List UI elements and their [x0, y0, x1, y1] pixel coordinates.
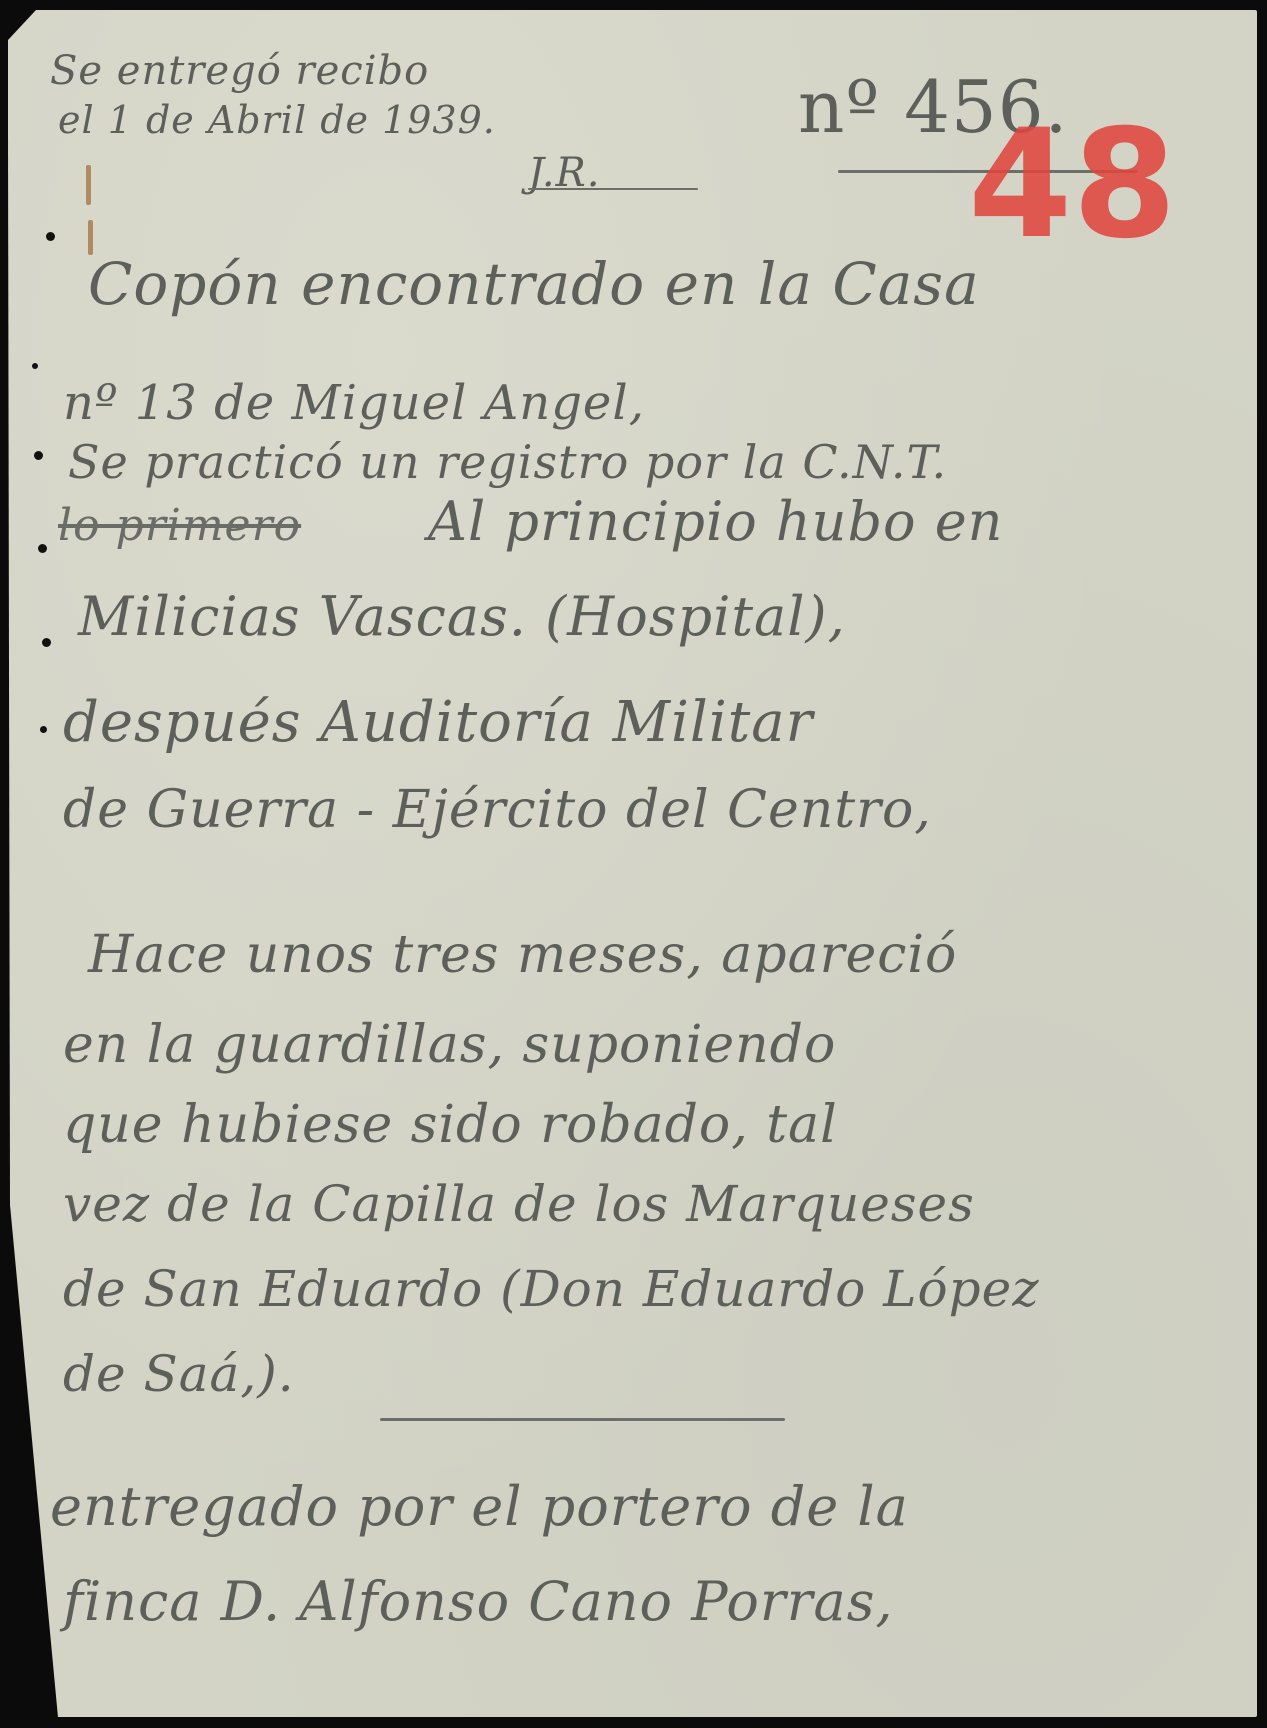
punch-hole [46, 232, 55, 241]
body-line-11: vez de la Capilla de los Marqueses [63, 1175, 975, 1233]
body-line-2: nº 13 de Miguel Angel, [63, 375, 645, 431]
body-line-3: Se practicó un registro por la C.N.T. [68, 435, 947, 489]
body-line-7: de Guerra - Ejército del Centro, [63, 780, 932, 840]
body-line-10: que hubiese sido robado, tal [63, 1095, 838, 1155]
punch-hole [38, 544, 47, 553]
section-divider [380, 1418, 785, 1421]
footer-line-2: finca D. Alfonso Cano Porras, [63, 1570, 894, 1633]
rust-stain [86, 165, 91, 205]
receipt-note-line2: el 1 de Abril de 1939. [58, 98, 496, 142]
struck-text: lo primero [58, 500, 301, 551]
body-line-8: Hace unos tres meses, apareció [88, 925, 957, 985]
red-folio-number: 48 [968, 110, 1177, 260]
body-line-4: Al principio hubo en [428, 490, 1003, 553]
body-line-12: de San Eduardo (Don Eduardo López [63, 1260, 1040, 1318]
footer-line-1: entregado por el portero de la [50, 1475, 909, 1538]
body-line-13: de Saá,). [63, 1345, 295, 1403]
initials-underline [528, 188, 698, 190]
punch-hole [34, 451, 43, 460]
document-page: Se entregó recibo el 1 de Abril de 1939.… [8, 10, 1257, 1717]
body-line-9: en la guardillas, suponiendo [63, 1015, 836, 1075]
punch-hole [42, 638, 51, 647]
body-line-5: Milicias Vascas. (Hospital), [78, 585, 846, 648]
body-line-6: después Auditoría Militar [63, 690, 813, 755]
punch-hole [32, 363, 38, 369]
body-line-1: Copón encontrado en la Casa [88, 250, 980, 318]
punch-hole [40, 726, 47, 733]
receipt-note-line1: Se entregó recibo [50, 48, 429, 94]
